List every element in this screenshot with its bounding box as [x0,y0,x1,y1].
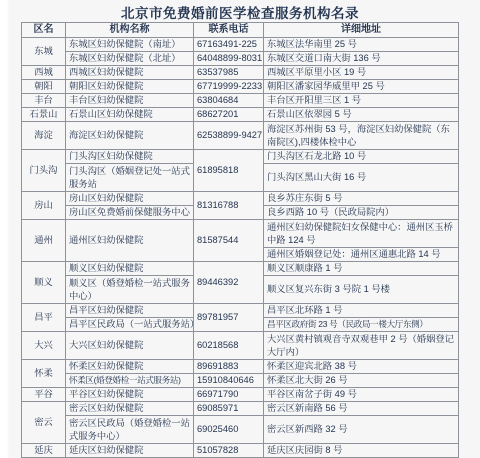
table-row: 怀柔区(婚登婚检一站式服务站)15910840646怀柔区北大街 26 号 [22,374,459,388]
address-cell: 石景山区依翠园 5 号 [264,108,459,122]
phone-cell: 66971790 [194,388,264,402]
phone-text: 68627201 [194,108,263,121]
district-cell: 昌平 [22,304,66,332]
address-text: 怀柔区北大街 26 号 [264,374,458,387]
institution-text: 房山区免费婚前保健服务中心 [66,206,193,219]
table-row: 大兴大兴区妇幼保健院60218568大兴区黄村镇观音寺双观巷甲 2 号（婚姻登记… [22,332,459,360]
address-cell: 通州区婚姻登记处：通州区通惠北路 14 号 [264,248,459,262]
institution-cell: 怀柔区妇幼保健院 [66,360,194,374]
institution-cell: 丰台区妇幼保健院 [66,94,194,108]
district-text: 海淀 [22,122,65,149]
address-text: 东城区交道口南大街 136 号 [264,52,458,65]
institution-text: 海淀区妇幼保健院 [66,122,193,149]
district-cell: 朝阳 [22,80,66,94]
district-cell: 大兴 [22,332,66,360]
district-text: 石景山 [22,108,65,121]
address-cell: 延庆区庆园街 8 号 [264,444,459,458]
institution-cell: 西城区妇幼保健院 [66,66,194,80]
phone-cell: 69085971 [194,402,264,416]
phone-text: 89446392 [194,262,263,303]
phone-text: 67163491-225 [194,38,263,51]
phone-text: 69025460 [194,416,263,443]
institution-cell: 门头沟区妇幼保健院 [66,150,194,164]
phone-cell: 89446392 [194,262,264,304]
district-text: 昌平 [22,304,65,331]
phone-cell: 61895818 [194,150,264,192]
district-cell: 西城 [22,66,66,80]
institution-text: 怀柔区(婚登婚检一站式服务站) [66,374,193,387]
phone-cell: 62538899-9427 [194,122,264,150]
district-text: 怀柔 [22,360,65,387]
district-text: 丰台 [22,94,65,107]
table-row: 东城区妇幼保健院（北址）64048899-8031东城区交道口南大街 136 号 [22,52,459,66]
institution-cell: 东城区妇幼保健院（南址） [66,38,194,52]
district-text: 朝阳 [22,80,65,93]
district-cell: 通州 [22,220,66,262]
phone-text: 89691883 [194,360,263,373]
phone-cell: 63537985 [194,66,264,80]
address-text: 昌平区北环路 1 号 [264,304,458,317]
phone-text: 67719999-2233 [194,80,263,93]
address-cell: 良乡苏庄东街 5 号 [264,192,459,206]
district-text: 平谷 [22,388,65,401]
address-text: 门头沟区黑山大街 16 号 [264,164,458,191]
table-row: 丰台丰台区妇幼保健院63804684丰台区开阳里三区 1 号 [22,94,459,108]
district-text: 门头沟 [22,150,65,191]
district-text: 大兴 [22,332,65,359]
address-text: 门头沟区石龙北路 10 号 [264,150,458,163]
institution-text: 朝阳区妇幼保健院 [66,80,193,93]
header-row: 区名 机构名称 联系电话 详细地址 [22,23,459,38]
district-text: 房山 [22,192,65,219]
header-address-label: 详细地址 [264,23,458,37]
institution-cell: 房山区免费婚前保健服务中心 [66,206,194,220]
table-row: 平谷平谷区妇幼保健院66971790平谷区南岔子街 49 号 [22,388,459,402]
institution-cell: 昌平区妇幼保健院 [66,304,194,318]
address-cell: 东城区交道口南大街 136 号 [264,52,459,66]
table-row: 门头沟门头沟区妇幼保健院61895818门头沟区石龙北路 10 号 [22,150,459,164]
district-cell: 顺义 [22,262,66,304]
institution-text: 石景山区妇幼保健院 [66,108,193,121]
district-cell: 石景山 [22,108,66,122]
address-text: 平谷区南岔子街 49 号 [264,388,458,401]
header-district-label: 区名 [22,23,65,37]
address-cell: 东城区法华南里 25 号 [264,38,459,52]
address-text: 海淀区苏州街 53 号，海淀区妇幼保健院（东南院区),四楼体检中心 [264,122,458,149]
table-row: 朝阳朝阳区妇幼保健院67719999-2233朝阳区潘家园华威里甲 25 号 [22,80,459,94]
institution-cell: 顺义区妇幼保健院 [66,262,194,276]
phone-cell: 51057828 [194,444,264,458]
institution-cell: 密云区妇幼保健院 [66,402,194,416]
address-text: 通州区妇幼保健院妇女保健中心：通州区玉桥中路 124 号 [264,220,458,247]
address-cell: 平谷区南岔子街 49 号 [264,388,459,402]
address-text: 大兴区黄村镇观音寺双观巷甲 2 号（婚姻登记大厅内） [264,332,458,359]
table-row: 顺义顺义区妇幼保健院89446392顺义区顺康路 1 号 [22,262,459,276]
address-cell: 密云区新西路 32 号 [264,416,459,444]
address-cell: 密云区新南路 56 号 [264,402,459,416]
address-text: 密云区新南路 56 号 [264,402,458,415]
institution-cell: 东城区妇幼保健院（北址） [66,52,194,66]
institution-cell: 顺义区（婚登婚检一站式服务中心） [66,276,194,304]
address-cell: 怀柔区北大街 26 号 [264,374,459,388]
address-cell: 昌平区北环路 1 号 [264,304,459,318]
address-cell: 大兴区黄村镇观音寺双观巷甲 2 号（婚姻登记大厅内） [264,332,459,360]
table-row: 密云密云区妇幼保健院69085971密云区新南路 56 号 [22,402,459,416]
institution-text: 延庆区妇幼保健院 [66,444,193,457]
page-title: 北京市免费婚前医学检查服务机构名录 [0,2,480,22]
phone-cell: 15910840646 [194,374,264,388]
table-body: 东城东城区妇幼保健院（南址）67163491-225东城区法华南里 25 号东城… [22,38,459,458]
table-row: 东城东城区妇幼保健院（南址）67163491-225东城区法华南里 25 号 [22,38,459,52]
district-text: 顺义 [22,262,65,303]
phone-cell: 60218568 [194,332,264,360]
institution-text: 西城区妇幼保健院 [66,66,193,79]
table-row: 海淀海淀区妇幼保健院62538899-9427海淀区苏州街 53 号，海淀区妇幼… [22,122,459,150]
phone-text: 61895818 [194,150,263,191]
institution-cell: 大兴区妇幼保健院 [66,332,194,360]
institutions-table: 区名 机构名称 联系电话 详细地址 东城东城区妇幼保健院（南址）67163491… [21,22,459,458]
district-cell: 怀柔 [22,360,66,388]
institution-text: 大兴区妇幼保健院 [66,332,193,359]
institution-cell: 平谷区妇幼保健院 [66,388,194,402]
institution-text: 房山区妇幼保健院 [66,192,193,205]
address-text: 顺义区顺康路 1 号 [264,262,458,275]
table-row: 房山房山区妇幼保健院81316788良乡苏庄东街 5 号 [22,192,459,206]
address-cell: 昌平区政府街 23 号（民政局一楼大厅东侧） [264,318,459,332]
district-cell: 房山 [22,192,66,220]
district-cell: 东城 [22,38,66,66]
phone-cell: 69025460 [194,416,264,444]
address-text: 通州区婚姻登记处：通州区通惠北路 14 号 [264,248,458,261]
phone-cell: 89691883 [194,360,264,374]
district-cell: 密云 [22,402,66,444]
address-cell: 西城区平原里小区 19 号 [264,66,459,80]
phone-cell: 67719999-2233 [194,80,264,94]
institution-text: 昌平区妇幼保健院 [66,304,193,317]
address-cell: 怀柔区迎宾北路 38 号 [264,360,459,374]
institution-text: 密云区妇幼保健院 [66,402,193,415]
district-cell: 海淀 [22,122,66,150]
address-text: 怀柔区迎宾北路 38 号 [264,360,458,373]
phone-cell: 63804684 [194,94,264,108]
address-text: 延庆区庆园街 8 号 [264,444,458,457]
address-cell: 良乡西路 10 号（民政局院内） [264,206,459,220]
institution-text: 顺义区（婚登婚检一站式服务中心） [66,276,193,303]
institution-cell: 昌平区民政局（一站式服务站） [66,318,194,332]
address-text: 昌平区政府街 23 号（民政局一楼大厅东侧） [264,318,458,331]
institution-text: 门头沟区（婚姻登记处一站式服务站 [66,164,193,191]
address-cell: 丰台区开阳里三区 1 号 [264,94,459,108]
table-row: 延庆延庆区妇幼保健院51057828延庆区庆园街 8 号 [22,444,459,458]
phone-cell: 81587544 [194,220,264,262]
table-header: 区名 机构名称 联系电话 详细地址 [22,23,459,38]
district-cell: 延庆 [22,444,66,458]
address-text: 丰台区开阳里三区 1 号 [264,94,458,107]
header-district: 区名 [22,23,66,38]
institution-cell: 朝阳区妇幼保健院 [66,80,194,94]
district-text: 通州 [22,220,65,261]
document-photo: 北京市免费婚前医学检查服务机构名录 区名 机构名称 联系电话 详细地址 东城东城… [0,0,480,458]
address-text: 西城区平原里小区 19 号 [264,66,458,79]
phone-cell: 64048899-8031 [194,52,264,66]
phone-text: 89781957 [194,304,263,331]
phone-cell: 89781957 [194,304,264,332]
header-phone-label: 联系电话 [194,23,263,37]
header-institution-label: 机构名称 [66,23,193,37]
institution-cell: 石景山区妇幼保健院 [66,108,194,122]
address-text: 朝阳区潘家园华威里甲 25 号 [264,80,458,93]
address-text: 东城区法华南里 25 号 [264,38,458,51]
institution-cell: 房山区妇幼保健院 [66,192,194,206]
address-text: 良乡苏庄东街 5 号 [264,192,458,205]
institution-cell: 通州区妇幼保健院 [66,220,194,262]
phone-text: 64048899-8031 [194,52,263,65]
district-text: 东城 [22,38,65,65]
table-row: 怀柔怀柔区妇幼保健院89691883怀柔区迎宾北路 38 号 [22,360,459,374]
address-cell: 朝阳区潘家园华威里甲 25 号 [264,80,459,94]
phone-text: 51057828 [194,444,263,457]
institution-text: 东城区妇幼保健院（南址） [66,38,193,51]
institution-text: 丰台区妇幼保健院 [66,94,193,107]
phone-text: 15910840646 [194,374,263,387]
phone-text: 69085971 [194,402,263,415]
address-cell: 顺义区复兴东街 3 号院 1 号楼 [264,276,459,304]
institution-cell: 延庆区妇幼保健院 [66,444,194,458]
phone-text: 62538899-9427 [194,122,263,149]
institution-cell: 怀柔区(婚登婚检一站式服务站) [66,374,194,388]
table-row: 石景山石景山区妇幼保健院68627201石景山区依翠园 5 号 [22,108,459,122]
address-text: 石景山区依翠园 5 号 [264,108,458,121]
institution-text: 怀柔区妇幼保健院 [66,360,193,373]
institution-cell: 海淀区妇幼保健院 [66,122,194,150]
header-phone: 联系电话 [194,23,264,38]
district-cell: 平谷 [22,388,66,402]
address-text: 顺义区复兴东街 3 号院 1 号楼 [264,276,458,303]
district-text: 西城 [22,66,65,79]
district-cell: 门头沟 [22,150,66,192]
header-institution: 机构名称 [66,23,194,38]
phone-cell: 81316788 [194,192,264,220]
table-row: 昌平昌平区妇幼保健院89781957昌平区北环路 1 号 [22,304,459,318]
district-text: 延庆 [22,444,65,457]
table-row: 密云区民政局（婚登婚检一站式服务中心）69025460密云区新西路 32 号 [22,416,459,444]
address-cell: 通州区妇幼保健院妇女保健中心：通州区玉桥中路 124 号 [264,220,459,248]
institution-text: 平谷区妇幼保健院 [66,388,193,401]
institution-cell: 门头沟区（婚姻登记处一站式服务站 [66,164,194,192]
phone-text: 81587544 [194,220,263,261]
institution-cell: 密云区民政局（婚登婚检一站式服务中心） [66,416,194,444]
institution-text: 门头沟区妇幼保健院 [66,150,193,163]
phone-cell: 67163491-225 [194,38,264,52]
phone-text: 63537985 [194,66,263,79]
institution-text: 通州区妇幼保健院 [66,220,193,261]
institution-text: 密云区民政局（婚登婚检一站式服务中心） [66,416,193,443]
district-text: 密云 [22,402,65,443]
district-cell: 丰台 [22,94,66,108]
address-text: 密云区新西路 32 号 [264,416,458,443]
address-text: 良乡西路 10 号（民政局院内） [264,206,458,219]
address-cell: 顺义区顺康路 1 号 [264,262,459,276]
header-address: 详细地址 [264,23,459,38]
institution-text: 昌平区民政局（一站式服务站） [66,318,193,331]
institution-text: 顺义区妇幼保健院 [66,262,193,275]
address-cell: 门头沟区黑山大街 16 号 [264,164,459,192]
phone-text: 66971790 [194,388,263,401]
table-row: 西城西城区妇幼保健院63537985西城区平原里小区 19 号 [22,66,459,80]
address-cell: 门头沟区石龙北路 10 号 [264,150,459,164]
phone-text: 60218568 [194,332,263,359]
phone-text: 81316788 [194,192,263,219]
institution-text: 东城区妇幼保健院（北址） [66,52,193,65]
table-row: 通州通州区妇幼保健院81587544通州区妇幼保健院妇女保健中心：通州区玉桥中路… [22,220,459,248]
phone-cell: 68627201 [194,108,264,122]
phone-text: 63804684 [194,94,263,107]
address-cell: 海淀区苏州街 53 号，海淀区妇幼保健院（东南院区),四楼体检中心 [264,122,459,150]
